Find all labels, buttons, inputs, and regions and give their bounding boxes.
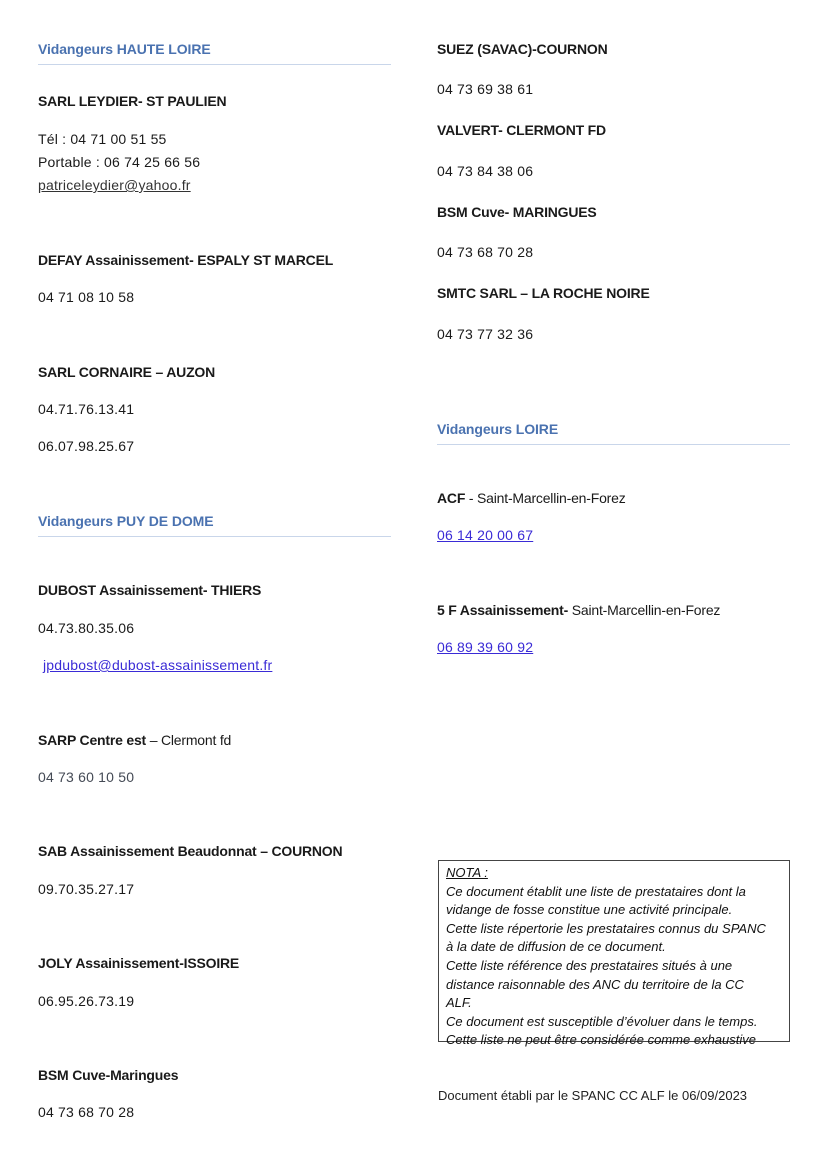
- heading-rule: [38, 536, 391, 537]
- company-name: BSM Cuve-Maringues: [38, 1067, 178, 1083]
- company-mobile: Portable : 06 74 25 66 56: [38, 154, 200, 170]
- company-phone-link[interactable]: 06 89 39 60 92: [437, 639, 533, 655]
- company-name-bold: 5 F Assainissement-: [437, 602, 568, 618]
- nota-box: NOTA : Ce document établit une liste de …: [438, 860, 790, 1042]
- company-name: SUEZ (SAVAC)-COURNON: [437, 41, 607, 57]
- nota-line: Cette liste répertorie les prestataires …: [446, 920, 783, 939]
- company-phone: 04 71 08 10 58: [38, 289, 134, 305]
- nota-line: vidange de fosse constitue une activité …: [446, 901, 783, 920]
- nota-line: à la date de diffusion de ce document.: [446, 938, 783, 957]
- company-name: DUBOST Assainissement- THIERS: [38, 582, 261, 598]
- company-name: DEFAY Assainissement- ESPALY ST MARCEL: [38, 252, 333, 268]
- company-phone: 04 73 68 70 28: [38, 1104, 134, 1120]
- company-phone: 09.70.35.27.17: [38, 881, 134, 897]
- company-name: SMTC SARL – LA ROCHE NOIRE: [437, 285, 650, 301]
- nota-title: NOTA :: [446, 864, 783, 883]
- document-footer: Document établi par le SPANC CC ALF le 0…: [438, 1088, 747, 1103]
- nota-line: Cette liste référence des prestataires s…: [446, 957, 783, 976]
- company-name: ACF - Saint-Marcellin-en-Forez: [437, 490, 626, 506]
- company-phone: 04 73 68 70 28: [437, 244, 533, 260]
- company-phone: 04.71.76.13.41: [38, 401, 134, 417]
- company-phone: 04.73.80.35.06: [38, 620, 134, 636]
- heading-rule: [437, 444, 790, 445]
- company-name: SARP Centre est – Clermont fd: [38, 732, 231, 748]
- company-place: – Clermont fd: [146, 732, 231, 748]
- company-name: JOLY Assainissement-ISSOIRE: [38, 955, 239, 971]
- nota-line: ALF.: [446, 994, 783, 1013]
- company-place: Saint-Marcellin-en-Forez: [568, 602, 720, 618]
- company-name: SARL CORNAIRE – AUZON: [38, 364, 215, 380]
- company-phone-link[interactable]: 06 14 20 00 67: [437, 527, 533, 543]
- section-heading-loire: Vidangeurs LOIRE: [437, 421, 558, 437]
- company-name: VALVERT- CLERMONT FD: [437, 122, 606, 138]
- company-phone: 04 73 60 10 50: [38, 769, 134, 785]
- company-name: 5 F Assainissement- Saint-Marcellin-en-F…: [437, 602, 720, 618]
- company-name-bold: SARP Centre est: [38, 732, 146, 748]
- company-name: SAB Assainissement Beaudonnat – COURNON: [38, 843, 342, 859]
- nota-line: Ce document établit une liste de prestat…: [446, 883, 783, 902]
- nota-line: Ce document est susceptible d’évoluer da…: [446, 1013, 783, 1032]
- company-email-link[interactable]: patriceleydier@yahoo.fr: [38, 177, 191, 193]
- company-phone: Tél : 04 71 00 51 55: [38, 131, 167, 147]
- section-heading-puy-de-dome: Vidangeurs PUY DE DOME: [38, 513, 213, 529]
- company-phone: 04 73 77 32 36: [437, 326, 533, 342]
- nota-line: distance raisonnable des ANC du territoi…: [446, 976, 783, 995]
- company-place: - Saint-Marcellin-en-Forez: [465, 490, 625, 506]
- company-phone: 04 73 69 38 61: [437, 81, 533, 97]
- nota-line: Cette liste ne peut être considérée comm…: [446, 1031, 783, 1050]
- company-name-bold: ACF: [437, 490, 465, 506]
- section-heading-haute-loire: Vidangeurs HAUTE LOIRE: [38, 41, 211, 57]
- company-name: SARL LEYDIER- ST PAULIEN: [38, 93, 226, 109]
- company-name: BSM Cuve- MARINGUES: [437, 204, 597, 220]
- heading-rule: [38, 64, 391, 65]
- company-phone: 06.95.26.73.19: [38, 993, 134, 1009]
- company-phone: 04 73 84 38 06: [437, 163, 533, 179]
- company-email-link[interactable]: jpdubost@dubost-assainissement.fr: [43, 657, 272, 673]
- company-phone-2: 06.07.98.25.67: [38, 438, 134, 454]
